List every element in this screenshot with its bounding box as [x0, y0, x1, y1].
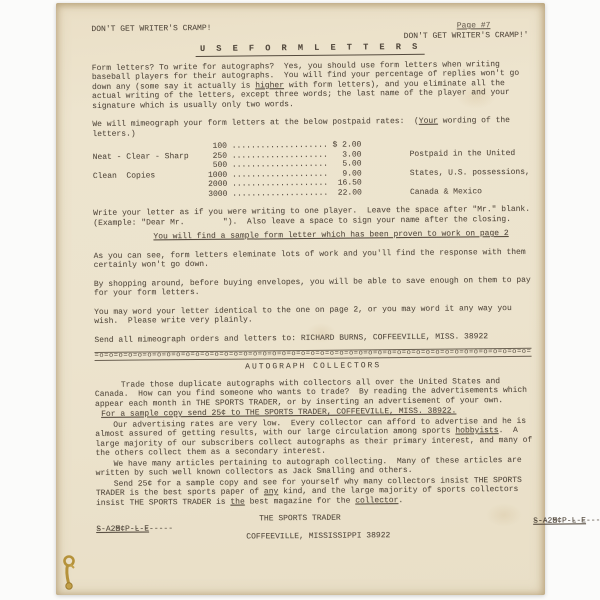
typed-divider: =o=o=o=o=o=o=o=o=o=o=o=o=o=o=o=o=o=o=o=o…: [94, 348, 531, 361]
wording-paragraph: You may word your letter identical to th…: [94, 303, 531, 326]
page-content: DON'T GET WRITER'S CRAMP! Page #7 DON'T …: [53, 1, 548, 598]
brass-fastener-icon: [58, 553, 84, 595]
price-table-right-labels: Postpaid in the United States, U.S. poss…: [409, 139, 530, 197]
price-table-quantity-lines: 100 .................... $ 2.00 250 ....…: [208, 140, 410, 199]
insist-paragraph: Send 25¢ for a sample copy and see for y…: [96, 475, 533, 508]
rates-intro-paragraph: We will mimeograph your form letters at …: [92, 116, 529, 139]
price-table: Neat - Clear - Sharp Clean Copies 100 ..…: [92, 139, 530, 200]
page-title: U S E F O R M L E T T E R S: [196, 43, 424, 57]
header-slogan-right: DON'T GET WRITER'S CRAMP!': [404, 30, 529, 41]
intro-paragraph: Form letters? To write for autographs? Y…: [92, 59, 529, 111]
response-paragraph: As you can see, form letters eleminate l…: [94, 247, 531, 270]
section-title-autograph-collectors: AUTOGRAPH COLLECTORS: [95, 360, 532, 374]
header-slogan-left: DON'T GET WRITER'S CRAMP!: [91, 24, 211, 44]
send-orders-line: Send all mimeograph orders and letters t…: [94, 331, 531, 345]
header-right-block: Page #7 DON'T GET WRITER'S CRAMP!': [404, 21, 529, 41]
title-row: U S E F O R M L E T T E R S: [92, 42, 529, 58]
letter-instructions: Write your letter as if you were writing…: [93, 205, 530, 228]
sample-letter-note: You will find a sample form letter which…: [153, 229, 530, 242]
price-table-left-labels: Neat - Clear - Sharp Clean Copies: [92, 142, 208, 200]
page-number: Page #7: [404, 21, 491, 31]
footer-city-line: COFFEEVILLE, MISSISSIPPI 38922: [246, 531, 390, 542]
trade-paragraph: Trade those duplicate autographs with co…: [95, 376, 532, 409]
shopping-paragraph: By shopping around, before buying envelo…: [94, 275, 531, 298]
scanned-page: DON'T GET WRITER'S CRAMP! Page #7 DON'T …: [56, 3, 545, 595]
footer-trader-title: THE SPORTS TRADER: [259, 514, 341, 524]
advertising-rates-paragraph: Our advertising rates are very low. Ever…: [95, 416, 532, 458]
page-footer: THE SPORTS TRADER S A M P L E -- 25¢ ---…: [96, 512, 533, 550]
page-header: DON'T GET WRITER'S CRAMP! Page #7 DON'T …: [91, 21, 528, 44]
